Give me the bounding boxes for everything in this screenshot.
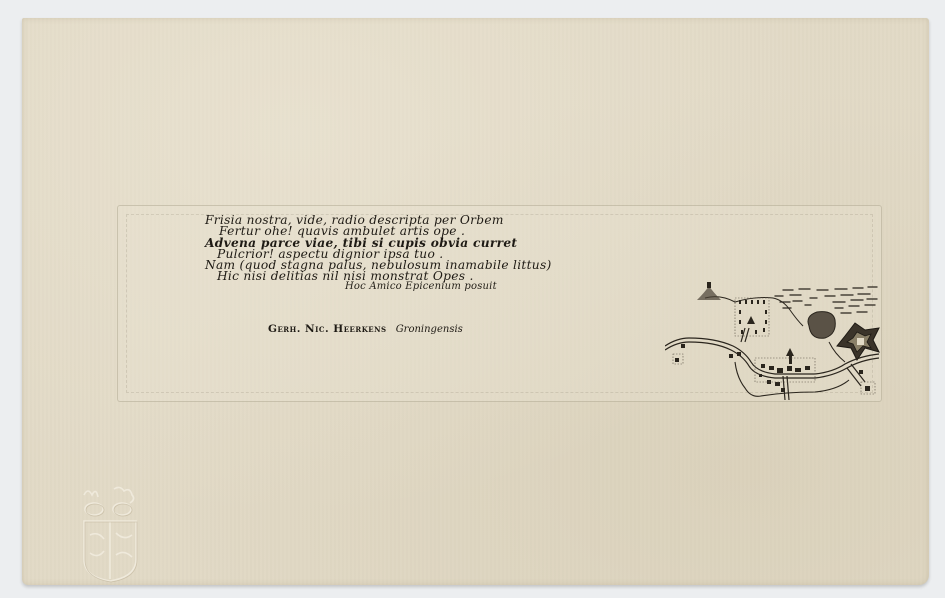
dedication-line: Hoc Amico Epicenium posuit xyxy=(345,281,497,292)
latin-inscription: Frisia nostra, vide, radio descripta per… xyxy=(205,215,665,283)
engraved-map xyxy=(665,258,880,400)
fields-icon xyxy=(739,300,767,334)
author-origin: Groningensis xyxy=(396,324,463,335)
church-icon xyxy=(786,348,794,356)
sea-waves-icon xyxy=(775,287,877,313)
dune-icon xyxy=(697,286,721,300)
beacon-icon xyxy=(707,282,711,288)
author-signature: Gerh. Nic. Heerkens Groningensis xyxy=(268,317,463,336)
paper-sheet: Frisia nostra, vide, radio descripta per… xyxy=(22,18,929,585)
blind-stamp-coat-of-arms-icon xyxy=(74,485,146,583)
lake-icon xyxy=(808,312,835,339)
author-name: Gerh. Nic. Heerkens xyxy=(268,323,387,335)
